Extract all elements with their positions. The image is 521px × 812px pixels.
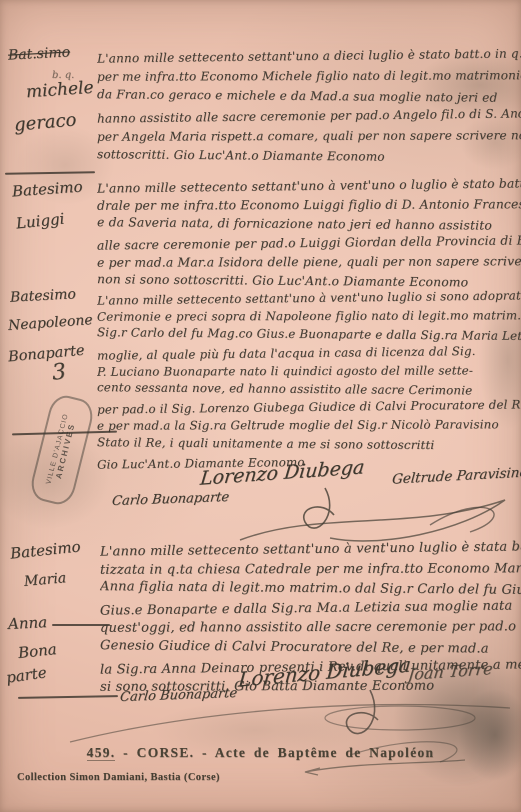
signature-carlo-buonaparte: Carlo Buonaparte [111, 490, 230, 509]
baptism-entry-luiggi: L'anno mille settecento settant'uno à ve… [97, 177, 521, 291]
margin-divider [18, 695, 118, 699]
manuscript-line: per me infra.tto Economo Michele figlio … [97, 65, 521, 86]
baptism-entry-napoleone: L'anno mille settecento settant'uno à ve… [97, 289, 521, 471]
caption-flourish [300, 758, 470, 778]
margin-figure: 3 [51, 359, 68, 385]
archive-stamp: VILLE D'AJACCIO ARCHIVES [28, 392, 97, 507]
margin-note: Anna [8, 613, 48, 633]
manuscript-line: drale per me infra.tto Economo Luiggi fi… [97, 195, 521, 215]
manuscript-line: e per mad.a Mar.a Isidora delle piene, q… [97, 252, 521, 272]
caption-region: CORSE. [137, 745, 195, 760]
baptism-entry-michele: L'anno mille settecento settant'uno a di… [97, 46, 521, 166]
caption: 459. - CORSE. - Acte de Baptême de Napol… [0, 745, 521, 761]
margin-note: Batesimo [9, 537, 81, 562]
caption-title: Acte de Baptême de Napoléon [215, 745, 435, 760]
manuscript-line: quest'oggi, ed hanno assistito alle sacr… [100, 618, 521, 639]
manuscript-line: sottoscritti. Gio Luc'Ant.o Diamante Eco… [97, 144, 521, 168]
collection-credit: Collection Simon Damiani, Bastia (Corse) [17, 772, 220, 783]
manuscript-line: per Angela Maria rispett.a comare, quali… [97, 125, 521, 146]
margin-note: Bat.simo [8, 44, 71, 63]
caption-number: 459. [87, 745, 116, 761]
manuscript-line: e per mad.a la Sig.ra Geltrude moglie de… [97, 416, 521, 436]
margin-note: parte [5, 663, 48, 686]
margin-note: Batesimo [11, 178, 83, 201]
caption-dash: - [123, 745, 129, 760]
margin-note: Luiggi [15, 210, 65, 233]
postcard-photo: Bat.simo b. q. michele geraco L'anno mil… [0, 0, 521, 812]
ink-smudge [455, 685, 521, 785]
margin-note: Maria [23, 570, 66, 590]
margin-note: Bona [17, 640, 57, 662]
margin-note: Neapoleone [8, 312, 94, 334]
margin-note: Batesimo [10, 286, 77, 305]
caption-dash2: - [202, 745, 208, 760]
margin-divider [5, 171, 95, 175]
margin-note: michele [25, 78, 94, 103]
margin-note: geraco [13, 109, 77, 135]
signature-carlo-buonaparte: Carlo Buonaparte [119, 686, 238, 705]
manuscript-line: L'anno mille settecento settant'uno à ve… [100, 537, 521, 562]
margin-note: Bonaparte [7, 343, 85, 366]
